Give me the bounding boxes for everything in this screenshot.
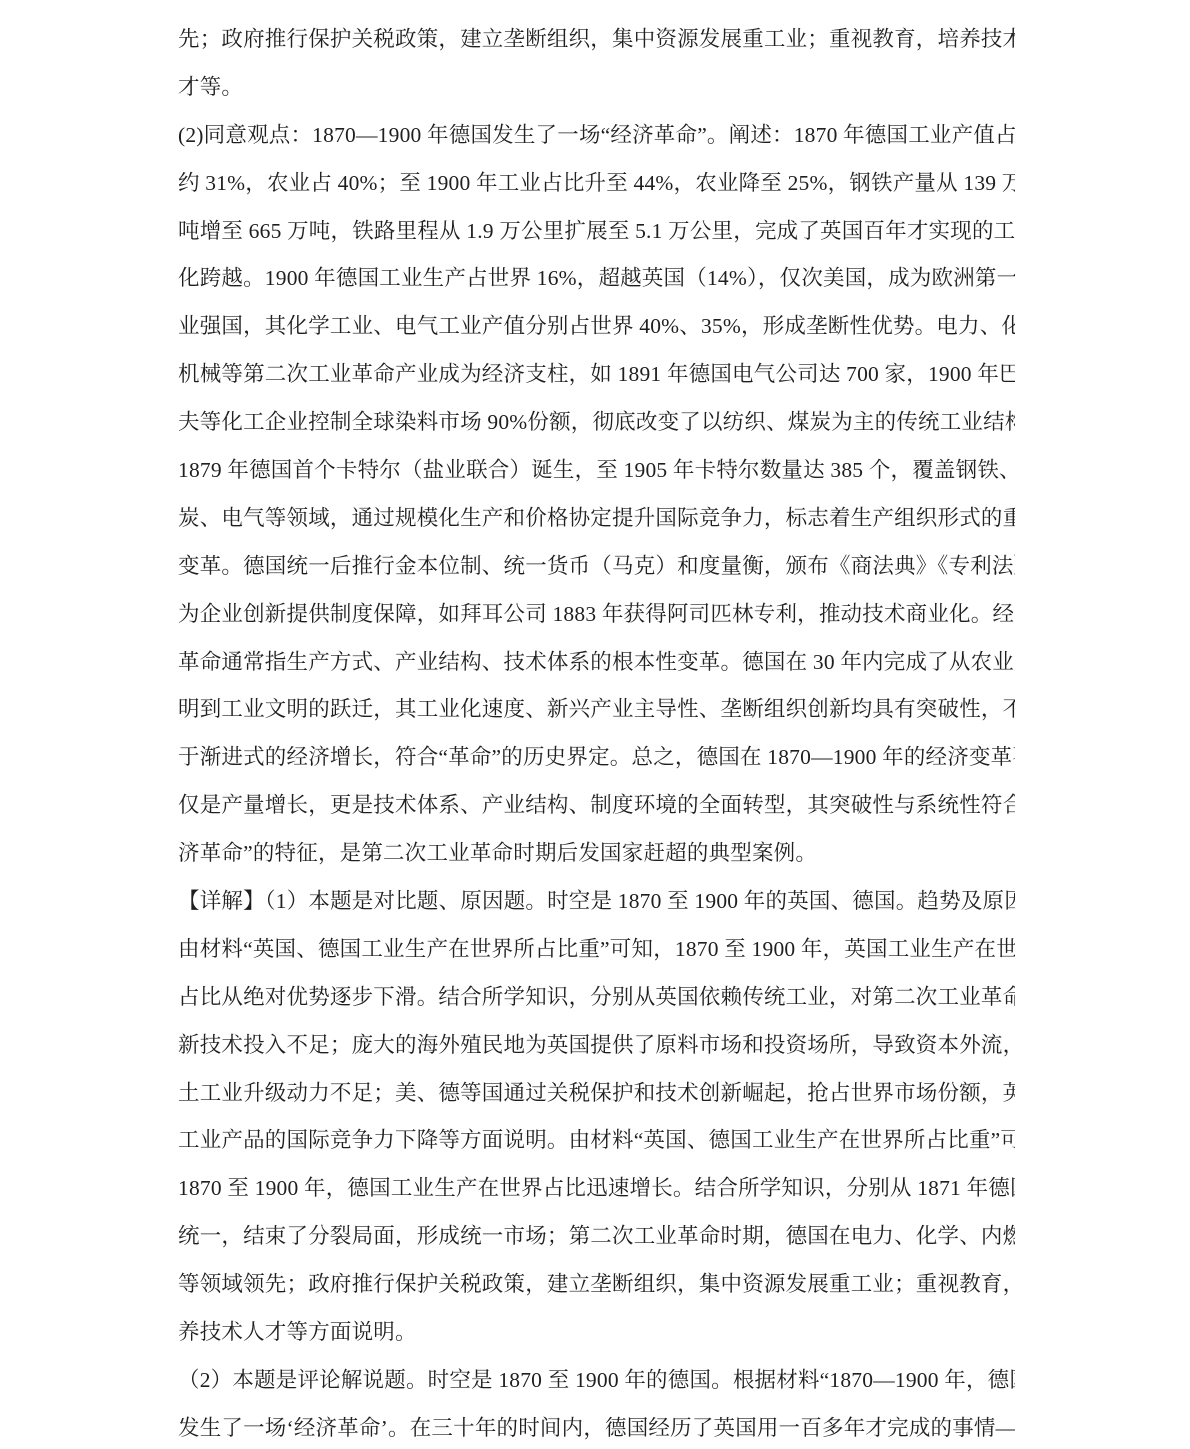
text-line: 于渐进式的经济增长，符合“革命”的历史界定。总之，德国在 1870—1900 年…	[178, 734, 1015, 782]
text-line: （2）本题是评论解说题。时空是 1870 至 1900 年的德国。根据材料“18…	[178, 1357, 1015, 1405]
text-line: 机械等第二次工业革命产业成为经济支柱，如 1891 年德国电气公司达 700 家…	[178, 351, 1015, 399]
text-line: 1879 年德国首个卡特尔（盐业联合）诞生，至 1905 年卡特尔数量达 385…	[178, 447, 1015, 495]
text-line: 统一，结束了分裂局面，形成统一市场；第二次工业革命时期，德国在电力、化学、内燃机	[178, 1213, 1015, 1261]
text-line: 占比从绝对优势逐步下滑。结合所学知识，分别从英国依赖传统工业，对第二次工业革命的	[178, 974, 1015, 1022]
text-line: 工业产品的国际竞争力下降等方面说明。由材料“英国、德国工业生产在世界所占比重”可…	[178, 1117, 1015, 1165]
text-line: 才等。	[178, 64, 1015, 112]
document-page: 先；政府推行保护关税政策，建立垄断组织，集中资源发展重工业；重视教育，培养技术人…	[0, 0, 1190, 1449]
text-line: 【详解】（1）本题是对比题、原因题。时空是 1870 至 1900 年的英国、德…	[178, 878, 1015, 926]
text-line: 发生了一场‘经济革命’。在三十年的时间内，德国经历了英国用一百多年才完成的事情—…	[178, 1405, 1015, 1449]
text-line: 明到工业文明的跃迁，其工业化速度、新兴产业主导性、垄断组织创新均具有突破性，不同	[178, 686, 1015, 734]
text-line: 土工业升级动力不足；美、德等国通过关税保护和技术创新崛起，抢占世界市场份额，英国	[178, 1070, 1015, 1118]
text-line: (2)同意观点：1870—1900 年德国发生了一场“经济革命”。阐述：1870…	[178, 112, 1015, 160]
text-line: 新技术投入不足；庞大的海外殖民地为英国提供了原料市场和投资场所，导致资本外流，本	[178, 1022, 1015, 1070]
text-line: 养技术人才等方面说明。	[178, 1309, 1015, 1357]
text-line: 约 31%，农业占 40%；至 1900 年工业占比升至 44%，农业降至 25…	[178, 160, 1015, 208]
document-body: 先；政府推行保护关税政策，建立垄断组织，集中资源发展重工业；重视教育，培养技术人…	[178, 16, 1015, 1449]
text-line: 吨增至 665 万吨，铁路里程从 1.9 万公里扩展至 5.1 万公里，完成了英…	[178, 208, 1015, 256]
text-line: 等领域领先；政府推行保护关税政策，建立垄断组织，集中资源发展重工业；重视教育，培	[178, 1261, 1015, 1309]
text-line: 仅是产量增长，更是技术体系、产业结构、制度环境的全面转型，其突破性与系统性符合“…	[178, 782, 1015, 830]
text-line: 化跨越。1900 年德国工业生产占世界 16%，超越英国（14%），仅次美国，成…	[178, 255, 1015, 303]
text-line: 由材料“英国、德国工业生产在世界所占比重”可知，1870 至 1900 年，英国…	[178, 926, 1015, 974]
text-line: 济革命”的特征，是第二次工业革命时期后发国家赶超的典型案例。	[178, 830, 1015, 878]
text-line: 夫等化工企业控制全球染料市场 90%份额，彻底改变了以纺织、煤炭为主的传统工业结…	[178, 399, 1015, 447]
text-line: 变革。德国统一后推行金本位制、统一货币（马克）和度量衡，颁布《商法典》《专利法》…	[178, 543, 1015, 591]
text-line: 1870 至 1900 年，德国工业生产在世界占比迅速增长。结合所学知识，分别从…	[178, 1165, 1015, 1213]
text-line: 炭、电气等领域，通过规模化生产和价格协定提升国际竞争力，标志着生产组织形式的重大	[178, 495, 1015, 543]
text-line: 业强国，其化学工业、电气工业产值分别占世界 40%、35%，形成垄断性优势。电力…	[178, 303, 1015, 351]
text-line: 为企业创新提供制度保障，如拜耳公司 1883 年获得阿司匹林专利，推动技术商业化…	[178, 591, 1015, 639]
text-line: 先；政府推行保护关税政策，建立垄断组织，集中资源发展重工业；重视教育，培养技术人	[178, 16, 1015, 64]
text-line: 革命通常指生产方式、产业结构、技术体系的根本性变革。德国在 30 年内完成了从农…	[178, 639, 1015, 687]
